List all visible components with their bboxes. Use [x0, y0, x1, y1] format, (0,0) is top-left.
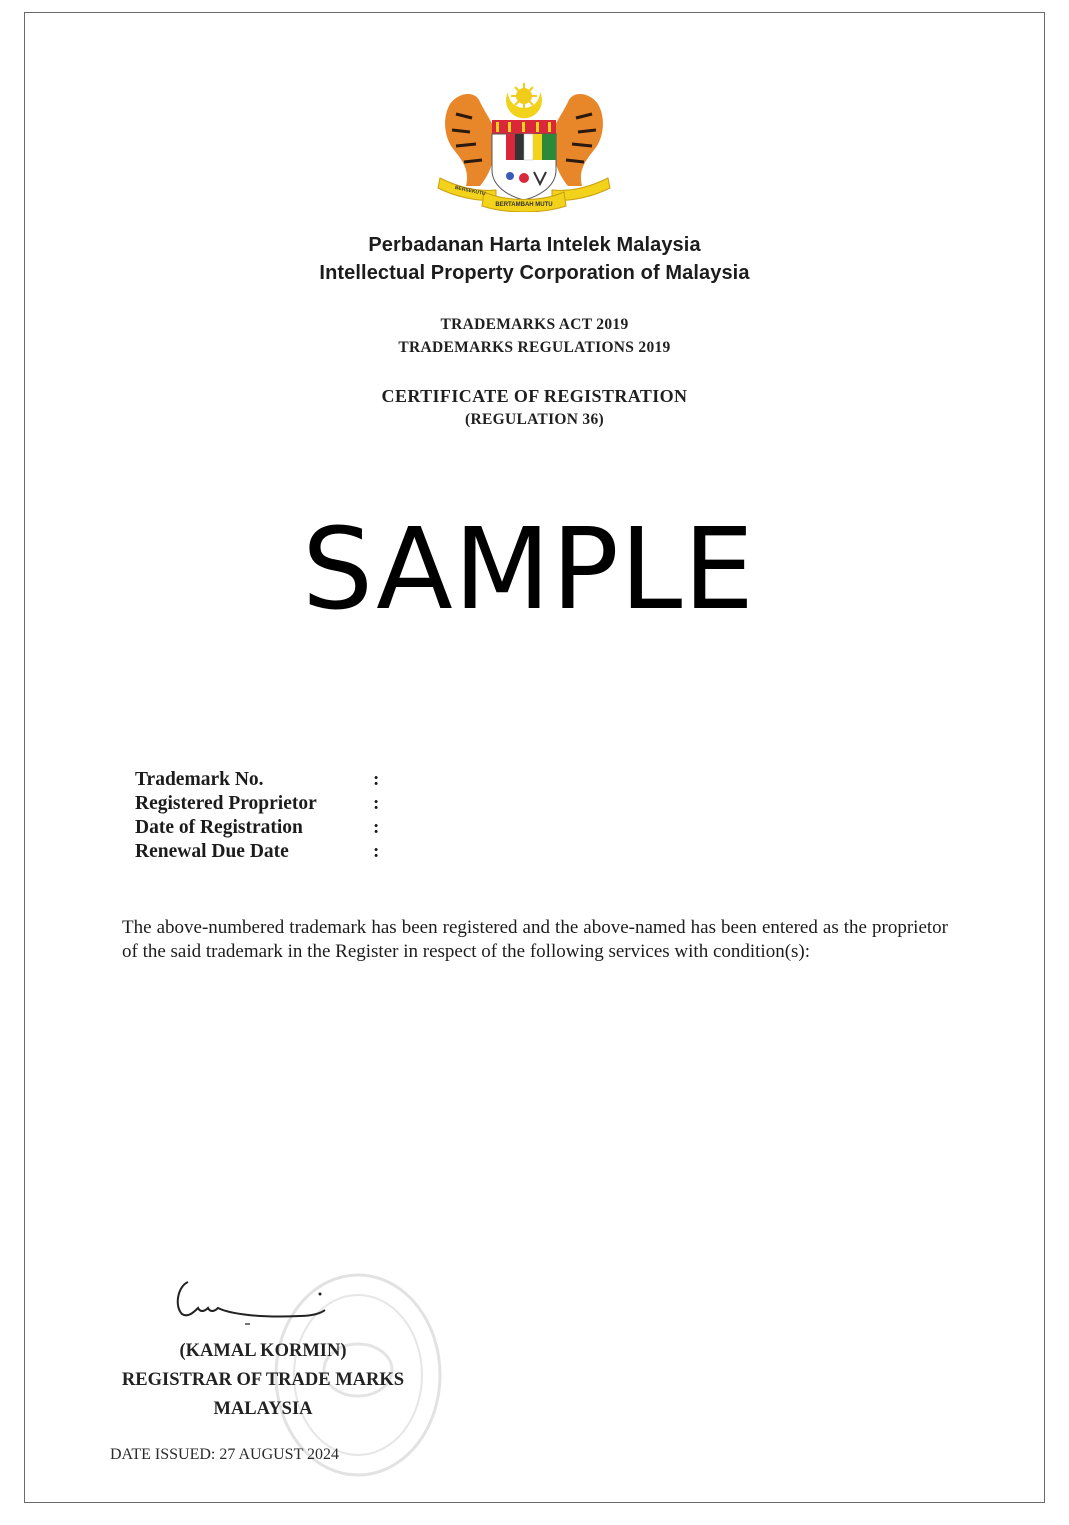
field-separator: : — [373, 817, 379, 839]
field-separator: : — [373, 793, 379, 815]
field-renewal-due-date: Renewal Due Date : — [135, 840, 391, 864]
signature-icon — [170, 1278, 330, 1328]
sample-watermark: SAMPLE — [0, 514, 1063, 626]
registration-fields: Trademark No. : Registered Proprietor : … — [135, 768, 391, 864]
organization-name-english: Intellectual Property Corporation of Mal… — [0, 262, 1069, 285]
act-title: TRADEMARKS ACT 2019 — [0, 316, 1069, 334]
certificate-title: CERTIFICATE OF REGISTRATION — [0, 386, 1069, 407]
certificate-subtitle: (REGULATION 36) — [0, 411, 1069, 429]
regulations-title: TRADEMARKS REGULATIONS 2019 — [0, 339, 1069, 357]
organization-name-malay: Perbadanan Harta Intelek Malaysia — [0, 234, 1069, 257]
field-date-of-registration: Date of Registration : — [135, 816, 391, 840]
field-registered-proprietor: Registered Proprietor : — [135, 792, 391, 816]
signatory-name: (KAMAL KORMIN) — [103, 1341, 423, 1362]
field-trademark-no: Trademark No. : — [135, 768, 391, 792]
malaysia-coat-of-arms-icon: BERTAMBAH MUTU BERSEKUTU — [436, 74, 612, 212]
field-separator: : — [373, 769, 379, 791]
svg-text:BERTAMBAH MUTU: BERTAMBAH MUTU — [495, 202, 552, 208]
date-issued: DATE ISSUED: 27 AUGUST 2024 — [110, 1446, 339, 1464]
field-separator: : — [373, 841, 379, 863]
field-label: Renewal Due Date — [135, 841, 373, 863]
signatory-country: MALAYSIA — [103, 1399, 423, 1420]
registration-statement: The above-numbered trademark has been re… — [122, 916, 948, 964]
field-label: Registered Proprietor — [135, 793, 373, 815]
field-label: Trademark No. — [135, 769, 373, 791]
signatory-title: REGISTRAR OF TRADE MARKS — [103, 1370, 423, 1391]
field-label: Date of Registration — [135, 817, 373, 839]
